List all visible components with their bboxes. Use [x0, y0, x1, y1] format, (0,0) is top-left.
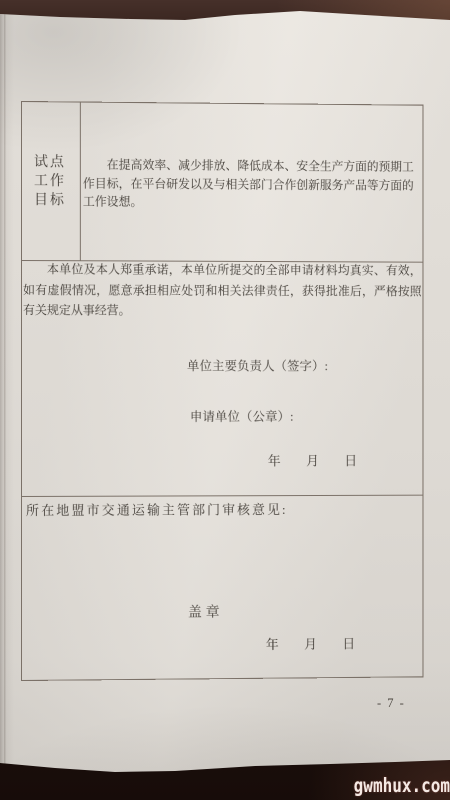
paper-sheet: 试点工作目标 在提高效率、减少排放、降低成本、安全生产方面的预期工作目标，在平台… — [0, 0, 450, 800]
pilot-goal-content: 在提高效率、减少排放、降低成本、安全生产方面的预期工作目标，在平台研发以及与相关… — [83, 155, 418, 212]
commitment-statement: 本单位及本人郑重承诺，本单位所提交的全部申请材料均真实、有效，如有虚假情况，愿意… — [23, 259, 422, 321]
pilot-goal-label-cell: 试点工作目标 — [22, 102, 81, 260]
pilot-goal-label: 试点工作目标 — [34, 153, 68, 210]
pilot-goal-row: 试点工作目标 在提高效率、减少排放、降低成本、安全生产方面的预期工作目标，在平台… — [22, 102, 422, 263]
commitment-date-line: 年 月 日 — [268, 450, 357, 469]
photo-of-application-form: 试点工作目标 在提高效率、减少排放、降低成本、安全生产方面的预期工作目标，在平台… — [0, 0, 450, 800]
review-date-line: 年 月 日 — [266, 633, 355, 653]
watermark-text: gwmhux.com — [354, 774, 450, 797]
commitment-row: 本单位及本人郑重承诺，本单位所提交的全部申请材料均真实、有效，如有虚假情况，愿意… — [22, 261, 422, 497]
page-number: - 7 - — [377, 696, 405, 711]
signer-signature-label: 单位主要负责人（签字）: — [187, 356, 328, 374]
applicant-seal-label: 申请单位（公章）: — [190, 407, 294, 425]
review-opinion-row: 所在地盟市交通运输主管部门审核意见: 盖章 年 月 日 — [22, 496, 422, 679]
official-seal-label: 盖章 — [188, 602, 224, 622]
application-form-table: 试点工作目标 在提高效率、减少排放、降低成本、安全生产方面的预期工作目标，在平台… — [21, 101, 423, 681]
review-opinion-title: 所在地盟市交通运输主管部门审核意见: — [26, 499, 288, 519]
